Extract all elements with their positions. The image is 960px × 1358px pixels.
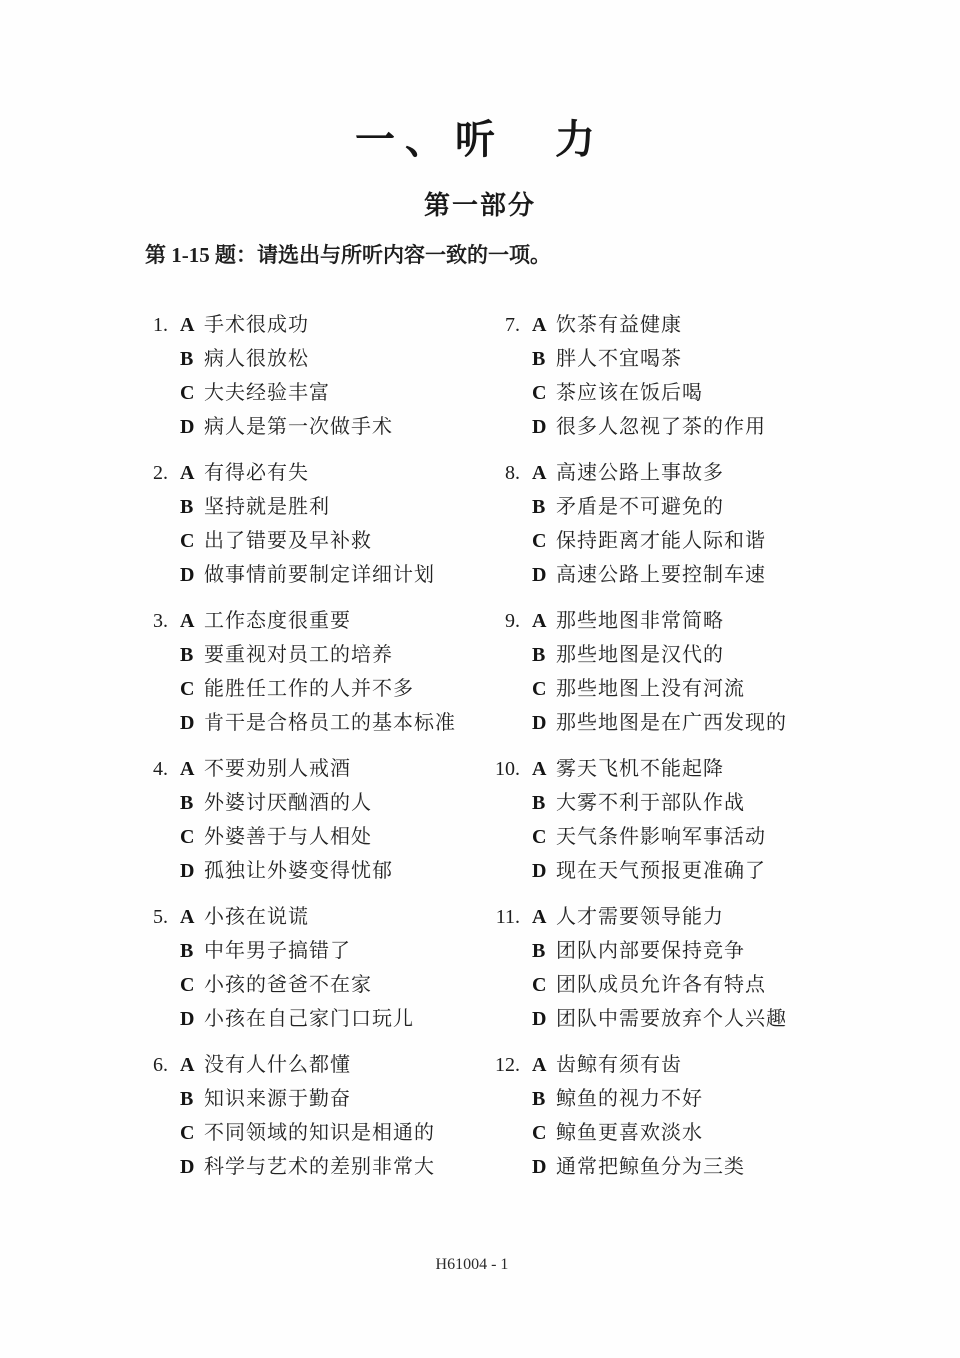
question-block: 4. A不要劝别人戒酒B外婆讨厌酗酒的人C外婆善于与人相处D孤独让外婆变得忧郁 [130,752,482,888]
option-line: D现在天气预报更准确了 [532,854,766,888]
option-line: B要重视对员工的培养 [180,638,456,672]
question-number: 8. [482,456,520,592]
option-letter: C [532,376,556,410]
option-line: C出了错要及早补救 [180,524,435,558]
instruction-line: 第 1-15 题：请选出与所听内容一致的一项。 [145,242,960,268]
option-line: A小孩在说谎 [180,900,414,934]
option-letter: D [532,854,556,888]
option-letter: A [532,308,556,342]
question-number: 2. [130,456,168,592]
option-line: D那些地图是在广西发现的 [532,706,787,740]
option-line: A饮茶有益健康 [532,308,766,342]
question-number: 5. [130,900,168,1036]
option-list: A不要劝别人戒酒B外婆讨厌酗酒的人C外婆善于与人相处D孤独让外婆变得忧郁 [180,752,393,888]
questions-column-left: 1. A手术很成功B病人很放松C大夫经验丰富D病人是第一次做手术 2. A有得必… [130,308,482,1196]
option-letter: B [180,638,204,672]
option-letter: B [180,934,204,968]
option-letter: A [180,456,204,490]
option-line: D高速公路上要控制车速 [532,558,766,592]
question-block: 11. A人才需要领导能力B团队内部要保持竞争C团队成员允许各有特点D团队中需要… [482,900,960,1036]
option-line: A那些地图非常简略 [532,604,787,638]
option-text: 大夫经验丰富 [204,382,330,404]
option-text: 茶应该在饭后喝 [556,382,703,404]
option-line: B坚持就是胜利 [180,490,435,524]
option-text: 小孩的爸爸不在家 [204,974,372,996]
question-number: 10. [482,752,520,888]
option-text: 外婆善于与人相处 [204,826,372,848]
option-text: 饮茶有益健康 [556,314,682,336]
option-text: 胖人不宜喝茶 [556,348,682,370]
option-text: 病人很放松 [204,348,309,370]
option-line: C天气条件影响军事活动 [532,820,766,854]
option-text: 中年男子搞错了 [204,940,351,962]
option-list: A饮茶有益健康B胖人不宜喝茶C茶应该在饭后喝D很多人忽视了茶的作用 [532,308,766,444]
question-number: 6. [130,1048,168,1184]
option-text: 病人是第一次做手术 [204,416,393,438]
option-line: A高速公路上事故多 [532,456,766,490]
option-line: D小孩在自己家门口玩儿 [180,1002,414,1036]
option-line: D孤独让外婆变得忧郁 [180,854,393,888]
option-line: B鲸鱼的视力不好 [532,1082,745,1116]
option-text: 鲸鱼更喜欢淡水 [556,1122,703,1144]
option-letter: D [180,1002,204,1036]
option-line: A雾天飞机不能起降 [532,752,766,786]
option-line: C保持距离才能人际和谐 [532,524,766,558]
option-line: A有得必有失 [180,456,435,490]
option-letter: D [180,1150,204,1184]
question-block: 3. A工作态度很重要B要重视对员工的培养C能胜任工作的人并不多D肯干是合格员工… [130,604,482,740]
option-line: C团队成员允许各有特点 [532,968,787,1002]
option-line: A手术很成功 [180,308,393,342]
option-letter: D [180,410,204,444]
question-number: 7. [482,308,520,444]
question-block: 7. A饮茶有益健康B胖人不宜喝茶C茶应该在饭后喝D很多人忽视了茶的作用 [482,308,960,444]
option-letter: B [532,786,556,820]
option-text: 出了错要及早补救 [204,530,372,552]
option-line: C不同领域的知识是相通的 [180,1116,435,1150]
option-text: 保持距离才能人际和谐 [556,530,766,552]
option-text: 有得必有失 [204,462,309,484]
part-subtitle: 第一部分 [0,192,960,220]
option-text: 通常把鲸鱼分为三类 [556,1156,745,1178]
option-line: A齿鲸有须有齿 [532,1048,745,1082]
option-text: 坚持就是胜利 [204,496,330,518]
option-text: 雾天飞机不能起降 [556,758,724,780]
option-letter: A [532,604,556,638]
option-line: C茶应该在饭后喝 [532,376,766,410]
question-number: 4. [130,752,168,888]
option-letter: C [180,1116,204,1150]
option-list: A人才需要领导能力B团队内部要保持竞争C团队成员允许各有特点D团队中需要放弃个人… [532,900,787,1036]
option-text: 鲸鱼的视力不好 [556,1088,703,1110]
option-letter: D [532,1002,556,1036]
option-list: A雾天飞机不能起降B大雾不利于部队作战C天气条件影响军事活动D现在天气预报更准确… [532,752,766,888]
question-number: 9. [482,604,520,740]
option-text: 那些地图是在广西发现的 [556,712,787,734]
page-footer-code: H61004 - 1 [0,1255,960,1275]
option-letter: B [180,1082,204,1116]
option-text: 不要劝别人戒酒 [204,758,351,780]
option-letter: D [532,558,556,592]
option-list: A有得必有失B坚持就是胜利C出了错要及早补救D做事情前要制定详细计划 [180,456,435,592]
option-line: B外婆讨厌酗酒的人 [180,786,393,820]
option-letter: C [532,1116,556,1150]
option-letter: D [532,706,556,740]
question-number: 12. [482,1048,520,1184]
question-block: 10. A雾天飞机不能起降B大雾不利于部队作战C天气条件影响军事活动D现在天气预… [482,752,960,888]
option-line: A不要劝别人戒酒 [180,752,393,786]
option-line: D很多人忽视了茶的作用 [532,410,766,444]
option-line: A人才需要领导能力 [532,900,787,934]
option-letter: B [532,342,556,376]
question-block: 2. A有得必有失B坚持就是胜利C出了错要及早补救D做事情前要制定详细计划 [130,456,482,592]
question-block: 9. A那些地图非常简略B那些地图是汉代的C那些地图上没有河流D那些地图是在广西… [482,604,960,740]
option-list: A齿鲸有须有齿B鲸鱼的视力不好C鲸鱼更喜欢淡水D通常把鲸鱼分为三类 [532,1048,745,1184]
option-letter: B [532,934,556,968]
option-list: A小孩在说谎B中年男子搞错了C小孩的爸爸不在家D小孩在自己家门口玩儿 [180,900,414,1036]
option-letter: C [180,820,204,854]
option-list: A那些地图非常简略B那些地图是汉代的C那些地图上没有河流D那些地图是在广西发现的 [532,604,787,740]
option-line: A工作态度很重要 [180,604,456,638]
option-letter: A [180,604,204,638]
option-text: 小孩在自己家门口玩儿 [204,1008,414,1030]
option-text: 高速公路上要控制车速 [556,564,766,586]
option-text: 那些地图是汉代的 [556,644,724,666]
option-line: C能胜任工作的人并不多 [180,672,456,706]
option-line: C外婆善于与人相处 [180,820,393,854]
option-letter: B [180,490,204,524]
option-letter: C [532,968,556,1002]
option-letter: C [180,376,204,410]
exam-page: 一、听 力 第一部分 第 1-15 题：请选出与所听内容一致的一项。 1. A手… [0,0,960,1358]
option-text: 矛盾是不可避免的 [556,496,724,518]
question-number: 11. [482,900,520,1036]
option-letter: A [532,900,556,934]
option-text: 手术很成功 [204,314,309,336]
question-block: 8. A高速公路上事故多B矛盾是不可避免的C保持距离才能人际和谐D高速公路上要控… [482,456,960,592]
option-letter: B [532,1082,556,1116]
option-letter: C [532,820,556,854]
question-number: 3. [130,604,168,740]
option-list: A工作态度很重要B要重视对员工的培养C能胜任工作的人并不多D肯干是合格员工的基本… [180,604,456,740]
option-list: A没有人什么都懂B知识来源于勤奋C不同领域的知识是相通的D科学与艺术的差别非常大 [180,1048,435,1184]
option-letter: D [180,558,204,592]
question-block: 12. A齿鲸有须有齿B鲸鱼的视力不好C鲸鱼更喜欢淡水D通常把鲸鱼分为三类 [482,1048,960,1184]
option-letter: B [180,786,204,820]
option-text: 外婆讨厌酗酒的人 [204,792,372,814]
option-letter: B [532,490,556,524]
option-text: 做事情前要制定详细计划 [204,564,435,586]
option-text: 工作态度很重要 [204,610,351,632]
option-text: 高速公路上事故多 [556,462,724,484]
question-block: 6. A没有人什么都懂B知识来源于勤奋C不同领域的知识是相通的D科学与艺术的差别… [130,1048,482,1184]
option-letter: C [180,524,204,558]
question-number: 1. [130,308,168,444]
option-line: D通常把鲸鱼分为三类 [532,1150,745,1184]
option-letter: A [180,752,204,786]
option-letter: C [180,672,204,706]
option-letter: A [180,308,204,342]
option-text: 知识来源于勤奋 [204,1088,351,1110]
option-text: 不同领域的知识是相通的 [204,1122,435,1144]
option-letter: D [180,706,204,740]
option-line: B团队内部要保持竞争 [532,934,787,968]
option-letter: A [532,752,556,786]
option-text: 那些地图上没有河流 [556,678,745,700]
option-letter: C [532,524,556,558]
option-list: A手术很成功B病人很放松C大夫经验丰富D病人是第一次做手术 [180,308,393,444]
option-line: D科学与艺术的差别非常大 [180,1150,435,1184]
option-line: D肯干是合格员工的基本标准 [180,706,456,740]
option-letter: C [180,968,204,1002]
option-line: B病人很放松 [180,342,393,376]
option-line: B中年男子搞错了 [180,934,414,968]
option-text: 没有人什么都懂 [204,1054,351,1076]
option-text: 很多人忽视了茶的作用 [556,416,766,438]
option-text: 团队中需要放弃个人兴趣 [556,1008,787,1030]
option-letter: A [532,1048,556,1082]
option-letter: C [532,672,556,706]
option-line: B胖人不宜喝茶 [532,342,766,376]
option-text: 天气条件影响军事活动 [556,826,766,848]
option-line: C小孩的爸爸不在家 [180,968,414,1002]
option-line: B大雾不利于部队作战 [532,786,766,820]
option-letter: D [180,854,204,888]
option-letter: A [180,900,204,934]
option-letter: A [180,1048,204,1082]
option-line: C鲸鱼更喜欢淡水 [532,1116,745,1150]
option-list: A高速公路上事故多B矛盾是不可避免的C保持距离才能人际和谐D高速公路上要控制车速 [532,456,766,592]
option-text: 孤独让外婆变得忧郁 [204,860,393,882]
section-title: 一、听 力 [0,0,960,162]
option-text: 那些地图非常简略 [556,610,724,632]
question-block: 5. A小孩在说谎B中年男子搞错了C小孩的爸爸不在家D小孩在自己家门口玩儿 [130,900,482,1036]
option-letter: D [532,1150,556,1184]
option-line: A没有人什么都懂 [180,1048,435,1082]
option-text: 团队内部要保持竞争 [556,940,745,962]
option-text: 现在天气预报更准确了 [556,860,766,882]
option-text: 齿鲸有须有齿 [556,1054,682,1076]
option-line: D团队中需要放弃个人兴趣 [532,1002,787,1036]
option-line: D病人是第一次做手术 [180,410,393,444]
option-line: C那些地图上没有河流 [532,672,787,706]
option-text: 要重视对员工的培养 [204,644,393,666]
option-line: B那些地图是汉代的 [532,638,787,672]
questions-column-right: 7. A饮茶有益健康B胖人不宜喝茶C茶应该在饭后喝D很多人忽视了茶的作用 8. … [482,308,960,1196]
option-line: C大夫经验丰富 [180,376,393,410]
option-text: 能胜任工作的人并不多 [204,678,414,700]
option-text: 肯干是合格员工的基本标准 [204,712,456,734]
option-letter: D [532,410,556,444]
question-block: 1. A手术很成功B病人很放松C大夫经验丰富D病人是第一次做手术 [130,308,482,444]
questions-area: 1. A手术很成功B病人很放松C大夫经验丰富D病人是第一次做手术 2. A有得必… [0,308,960,1196]
option-letter: A [532,456,556,490]
option-letter: B [532,638,556,672]
option-line: B知识来源于勤奋 [180,1082,435,1116]
option-text: 团队成员允许各有特点 [556,974,766,996]
option-line: D做事情前要制定详细计划 [180,558,435,592]
option-letter: B [180,342,204,376]
option-text: 小孩在说谎 [204,906,309,928]
option-text: 人才需要领导能力 [556,906,724,928]
option-text: 大雾不利于部队作战 [556,792,745,814]
option-line: B矛盾是不可避免的 [532,490,766,524]
option-text: 科学与艺术的差别非常大 [204,1156,435,1178]
